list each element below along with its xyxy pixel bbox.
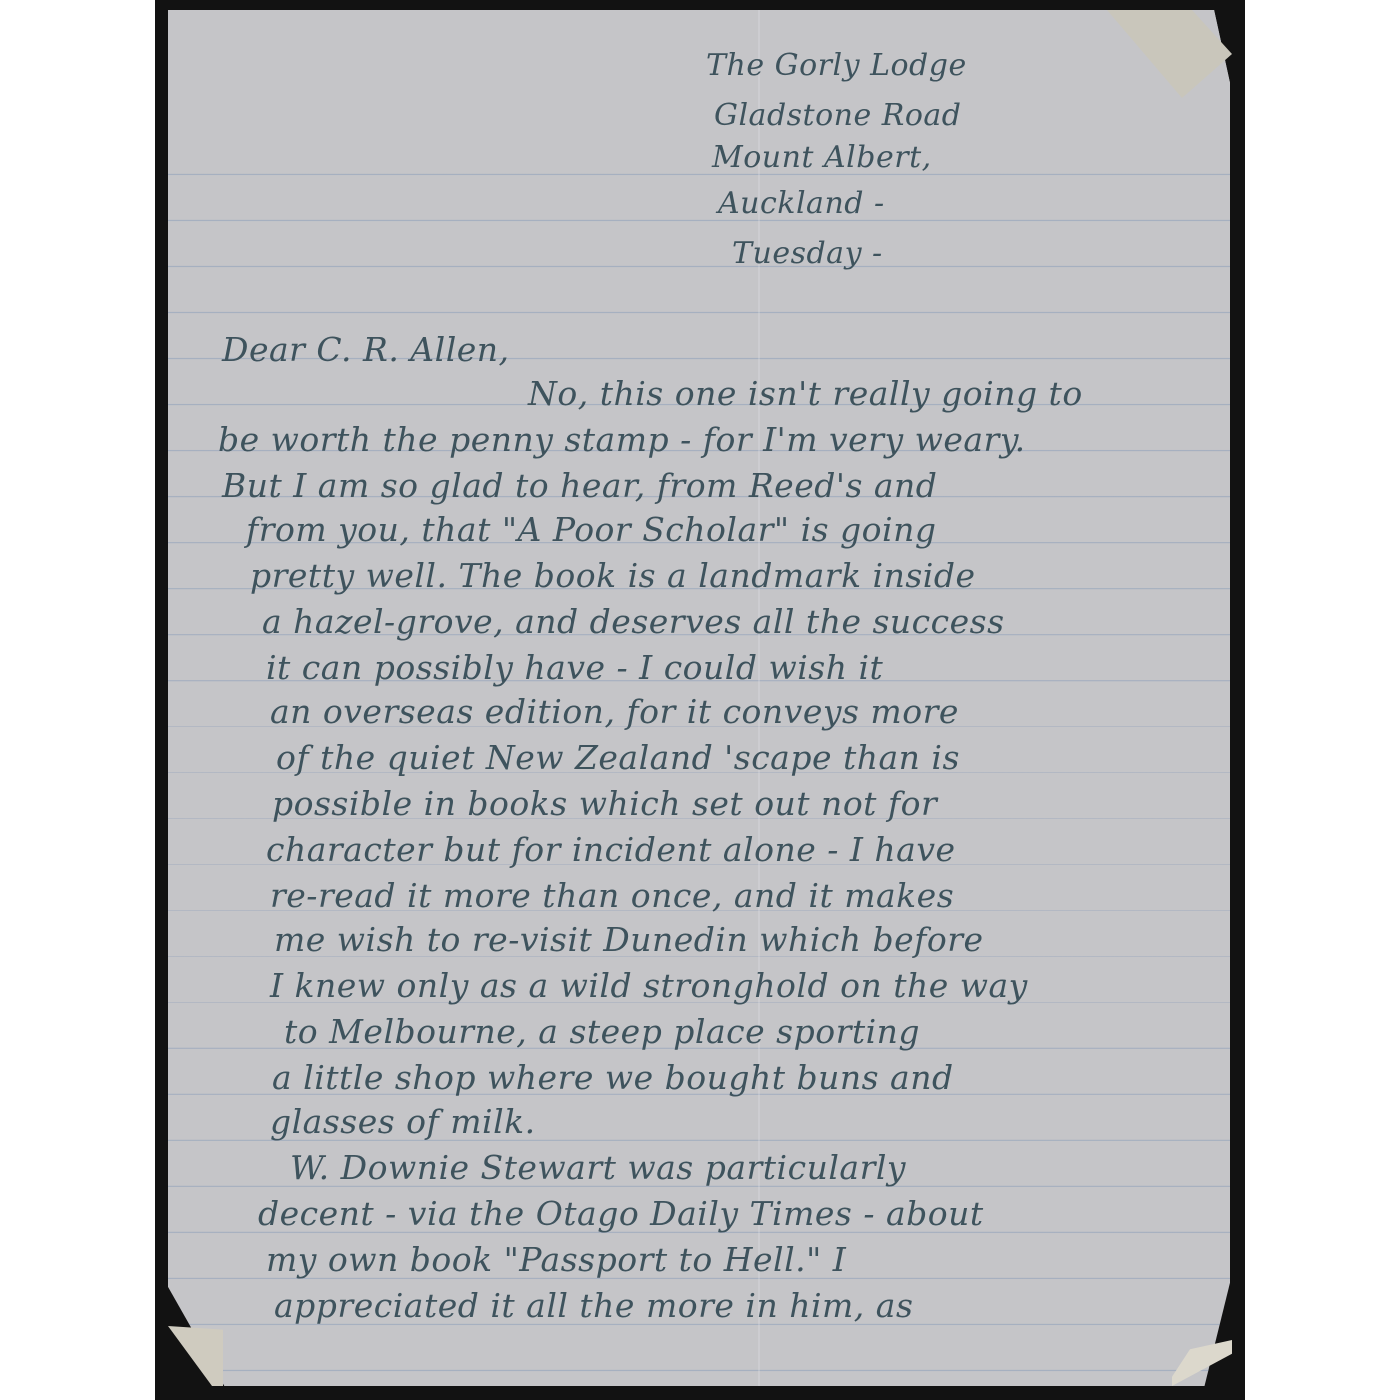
body-line-4: from you, that "A Poor Scholar" is going bbox=[246, 510, 936, 549]
body-line-12: re-read it more than once, and it makes bbox=[270, 876, 954, 915]
address-line-2: Gladstone Road bbox=[714, 98, 962, 133]
body-line-6: a hazel-grove, and deserves all the succ… bbox=[262, 602, 1005, 641]
body-line-21: appreciated it all the more in him, as bbox=[274, 1286, 913, 1325]
body-line-18: W. Downie Stewart was particularly bbox=[290, 1148, 906, 1187]
body-line-2: be worth the penny stamp - for I'm very … bbox=[218, 420, 1026, 459]
body-line-5: pretty well. The book is a landmark insi… bbox=[250, 556, 976, 595]
body-line-15: to Melbourne, a steep place sporting bbox=[284, 1012, 920, 1051]
body-line-20: my own book "Passport to Hell." I bbox=[266, 1240, 846, 1279]
body-line-19: decent - via the Otago Daily Times - abo… bbox=[258, 1194, 984, 1233]
address-line-3: Mount Albert, bbox=[712, 140, 932, 175]
body-line-10: possible in books which set out not for bbox=[272, 784, 937, 823]
body-line-11: character but for incident alone - I hav… bbox=[266, 830, 956, 869]
body-line-14: I knew only as a wild stronghold on the … bbox=[270, 966, 1028, 1005]
body-line-7: it can possibly have - I could wish it bbox=[266, 648, 883, 687]
body-line-8: an overseas edition, for it conveys more bbox=[270, 692, 959, 731]
body-line-3: But I am so glad to hear, from Reed's an… bbox=[222, 466, 937, 505]
body-line-1: No, this one isn't really going to bbox=[528, 374, 1083, 413]
address-line-1: The Gorly Lodge bbox=[706, 48, 967, 83]
body-line-16: a little shop where we bought buns and bbox=[272, 1058, 954, 1097]
body-line-13: me wish to re-visit Dunedin which before bbox=[274, 920, 984, 959]
body-line-9: of the quiet New Zealand 'scape than is bbox=[276, 738, 960, 777]
address-date: Tuesday - bbox=[732, 236, 883, 271]
body-line-17: glasses of milk. bbox=[270, 1102, 536, 1141]
salutation: Dear C. R. Allen, bbox=[222, 330, 510, 369]
address-line-4: Auckland - bbox=[718, 186, 885, 221]
